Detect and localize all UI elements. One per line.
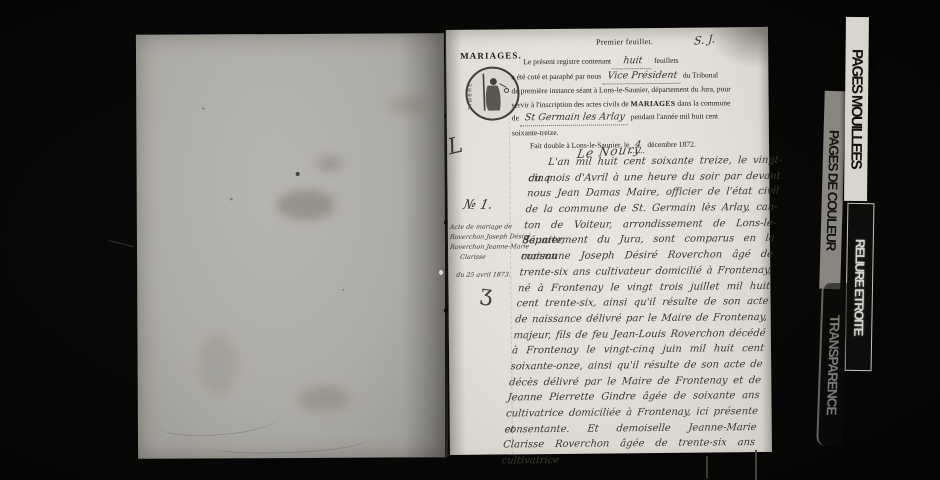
fill-commune-name: St Germain les Arlay xyxy=(520,110,630,126)
page-stain xyxy=(388,95,430,115)
label-reliure-etroite: RELIURE ETROITE xyxy=(845,203,875,371)
left-page-blank xyxy=(136,33,446,459)
act-line: Clarisse Roverchon âgée de trente-six an… xyxy=(502,435,755,453)
printed-line-4: servir à l'inscription des actes civils … xyxy=(512,95,764,111)
page-stain xyxy=(298,386,350,412)
page-speck xyxy=(342,289,344,291)
film-scratch xyxy=(108,240,133,247)
margin-note-line: Clarisse xyxy=(460,253,523,261)
fill-magistrate-title: Vice Président xyxy=(602,68,682,83)
margin-note-line: Roverchon Joseph Désiré xyxy=(449,233,512,241)
label-transparence: TRANSPARENCE xyxy=(816,283,848,446)
label-pages-mouillees: PAGES MOUILLEES xyxy=(844,17,869,201)
act-number: № 1. xyxy=(462,198,494,213)
binding-hole xyxy=(439,270,443,275)
page-stain xyxy=(197,334,237,394)
page-stain xyxy=(317,156,343,172)
page-edge-mark xyxy=(755,450,757,480)
margin-note-line: Roverchon Jeanne-Marie xyxy=(450,243,513,251)
margin-note-line: Acte de mariage de xyxy=(449,223,512,231)
folio-note: Premier feuillet. xyxy=(596,37,653,47)
acts-type-word: MARIAGES xyxy=(630,98,675,107)
stamp-word: TIMBRE xyxy=(467,82,473,110)
act-line: de naissance délivré par le Maire de Fro… xyxy=(514,310,767,328)
margin-note-date: du 25 avril 1873. xyxy=(456,271,519,279)
act-line: soixante-onze, ainsi qu'il résulte de so… xyxy=(510,357,763,375)
page-speck xyxy=(296,172,300,176)
page-stain xyxy=(277,190,335,220)
gutter-flourish: L xyxy=(445,133,465,161)
margin-paraph-flourish: ʒ xyxy=(479,281,495,307)
label-pages-de-couleur: PAGES DE COULEUR xyxy=(819,91,846,290)
register-scan: MARIAGES. TIMBRE Premier feuillet. S. J.… xyxy=(0,0,940,480)
right-page-act: MARIAGES. TIMBRE Premier feuillet. S. J.… xyxy=(446,27,772,455)
page-edge-mark xyxy=(706,456,708,478)
folio-initials: S. J. xyxy=(694,32,716,48)
page-speck xyxy=(230,198,233,200)
page-speck xyxy=(202,107,204,109)
act-line: trente-six ans cultivateur domicilié à F… xyxy=(519,263,772,281)
printed-header: Le présent registre contenant huit feuil… xyxy=(511,53,764,154)
act-body-handwriting: L'an mil huit cent soixante treize, le v… xyxy=(502,153,782,454)
fill-feuillets-count: huit xyxy=(612,54,653,69)
